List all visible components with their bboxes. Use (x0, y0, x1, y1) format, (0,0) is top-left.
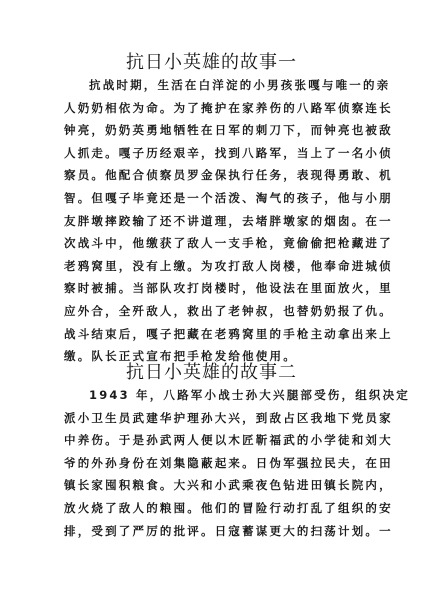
text-line: 应外合，全歼敌人，救出了老钟叔，也替奶奶报了仇。 (64, 300, 354, 323)
text-line: 察时被捕。当部队攻打岗楼时，他设法在里面放火，里 (64, 277, 354, 300)
story-2-body: 1943 年，八路军小战士孙大兴腿部受伤，组织决定 派小卫生员武建华护理孙大兴，… (64, 384, 354, 542)
text-line: 老鸦窝里，没有上缴。为攻打敌人岗楼，他奉命进城侦 (64, 255, 354, 278)
text-line: 镇长家囤积粮食。大兴和小武乘夜色钻进田镇长院内， (64, 474, 354, 497)
text-line: 人抓走。嘎子历经艰辛，找到八路军，当上了一名小侦 (64, 142, 354, 165)
text-line: 人奶奶相依为命。为了掩护在家养伤的八路军侦察连长 (64, 97, 354, 120)
text-line: 钟亮，奶奶英勇地牺牲在日军的刺刀下，而钟亮也被敌 (64, 119, 354, 142)
text-line: 智。但嘎子毕竟还是一个活泼、淘气的孩子，他与小朋 (64, 187, 354, 210)
text-line: 排，受到了严厉的批评。日寇蓄谋更大的扫荡计划。一 (64, 520, 354, 543)
story-2-title: 抗日小英雄的故事二 (0, 363, 423, 383)
document-page: 抗日小英雄的故事一 抗战时期，生活在白洋淀的小男孩张嘎与唯一的亲 人奶奶相依为命… (0, 0, 423, 600)
text-line: 战斗结束后，嘎子把藏在老鸦窝里的手枪主动拿出来上 (64, 323, 354, 346)
text-line: 中养伤。于是孙武两人便以木匠靳福武的小学徒和刘大 (64, 429, 354, 452)
text-line: 次战斗中，他缴获了敌人一支手枪，竟偷偷把枪藏进了 (64, 232, 354, 255)
story-1-title: 抗日小英雄的故事一 (0, 53, 423, 73)
text-line: 爷的外孙身份在刘集隐蔽起来。日伪军强拉民夫，在田 (64, 452, 354, 475)
text-line: 派小卫生员武建华护理孙大兴，到敌占区我地下党员家 (64, 407, 354, 430)
text-line: 1943 年，八路军小战士孙大兴腿部受伤，组织决定 (64, 384, 354, 407)
text-line: 友胖墩摔跤输了还不讲道理，去堵胖墩家的烟囱。在一 (64, 210, 354, 233)
story-1-body: 抗战时期，生活在白洋淀的小男孩张嘎与唯一的亲 人奶奶相依为命。为了掩护在家养伤的… (64, 74, 354, 368)
text-line: 抗战时期，生活在白洋淀的小男孩张嘎与唯一的亲 (64, 74, 354, 97)
text-line: 察员。他配合侦察员罗金保执行任务，表现得勇敢、机 (64, 164, 354, 187)
text-line: 放火烧了敌人的粮囤。他们的冒险行动打乱了组织的安 (64, 497, 354, 520)
